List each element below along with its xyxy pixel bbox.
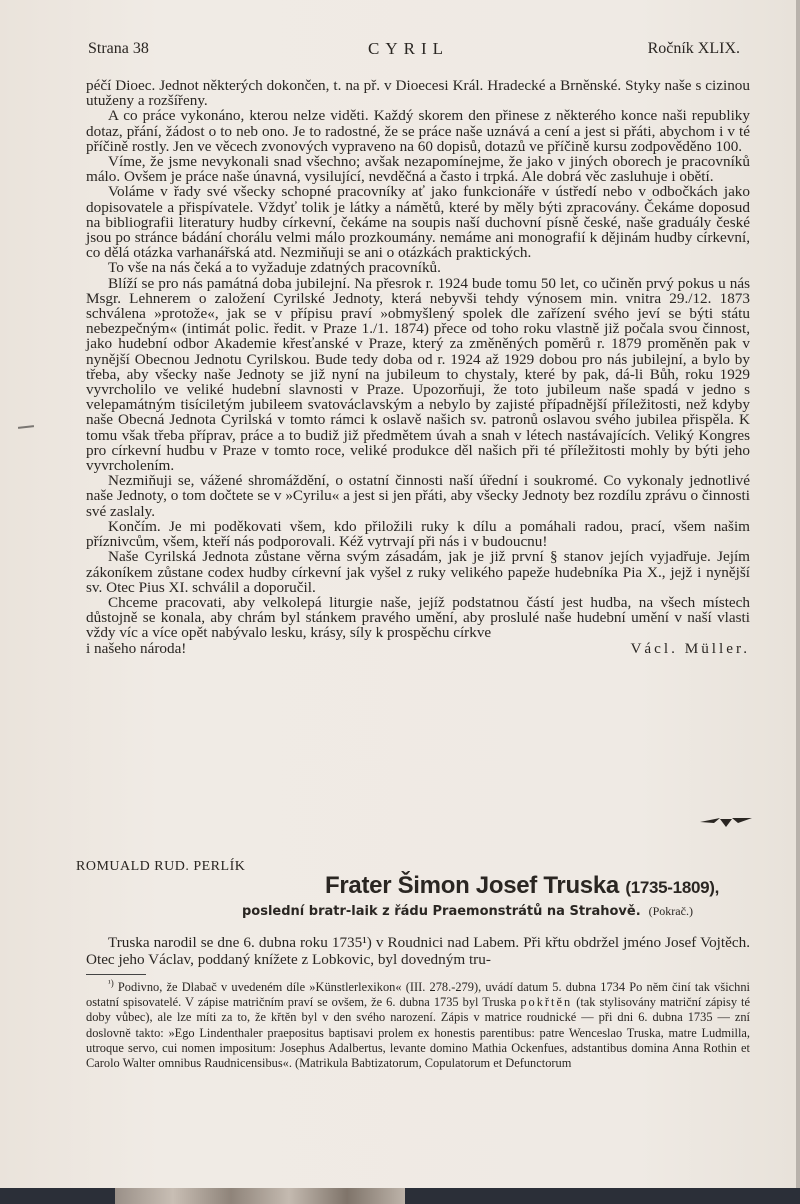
footnote: ¹) Podivno, že Dlabač v uvedeném díle »K… — [86, 980, 750, 1071]
volume-number: Ročník XLIX. — [648, 40, 740, 58]
footnote-marker: ¹) — [108, 978, 114, 988]
scanned-page: Strana 38 CYRIL Ročník XLIX. péčí Dioec.… — [0, 0, 796, 1188]
paragraph: Víme, že jsme nevykonali snad všechno; a… — [86, 154, 750, 184]
footnote-divider — [86, 974, 146, 975]
page-edge — [796, 0, 800, 1188]
paragraph: Nezmiňuji se, vážené shromáždění, o osta… — [86, 473, 750, 519]
paragraph: Končím. Je mi poděkovati všem, kdo přilo… — [86, 519, 750, 549]
paragraph: Blíží se pro nás památná doba jubilejní.… — [86, 276, 750, 474]
paragraph: A co práce vykonáno, kterou nelze viděti… — [86, 108, 750, 154]
report-text: péčí Dioec. Jednot některých dokončen, t… — [86, 78, 750, 656]
signature: Václ. Müller. — [630, 641, 750, 656]
footnote-paragraph: ¹) Podivno, že Dlabač v uvedeném díle »K… — [86, 980, 750, 1071]
article-subtitle: poslední bratr-laik z řádu Praemonstrátů… — [242, 904, 693, 919]
scanner-bed-band — [0, 1188, 800, 1204]
article-title-text: Frater Šimon Josef Truska — [325, 872, 619, 899]
article-body: Truska narodil se dne 6. dubna roku 1735… — [86, 934, 750, 968]
footnote-emphasis: pokřtěn — [520, 995, 572, 1009]
page-number: Strana 38 — [88, 40, 149, 58]
continued-note: (Pokrač.) — [649, 904, 693, 918]
scanner-light-area — [115, 1188, 405, 1204]
journal-title: CYRIL — [368, 39, 449, 59]
paragraph: péčí Dioec. Jednot některých dokončen, t… — [86, 78, 750, 108]
paragraph: Naše Cyrilská Jednota zůstane věrna svým… — [86, 549, 750, 595]
paragraph: To vše na nás čeká a to vyžaduje zdatnýc… — [86, 260, 750, 275]
article-title-years: (1735-1809), — [625, 878, 719, 897]
paragraph: Chceme pracovati, aby velkolepá liturgie… — [86, 595, 750, 641]
article-author: ROMUALD RUD. PERLÍK — [76, 859, 245, 875]
article-subtitle-text: poslední bratr-laik z řádu Praemonstrátů… — [242, 904, 641, 919]
closing-line: i našeho národa! — [86, 641, 186, 656]
article-title: Frater Šimon Josef Truska (1735-1809), — [325, 872, 719, 900]
margin-pencil-mark — [18, 425, 34, 429]
paragraph: Voláme v řady své všecky schopné pracovn… — [86, 184, 750, 260]
closing-signature-line: i našeho národa! Václ. Müller. — [86, 641, 750, 656]
running-header: Strana 38 CYRIL Ročník XLIX. — [88, 40, 740, 60]
paragraph: Truska narodil se dne 6. dubna roku 1735… — [86, 934, 750, 968]
section-end-ornament-icon — [700, 816, 752, 828]
